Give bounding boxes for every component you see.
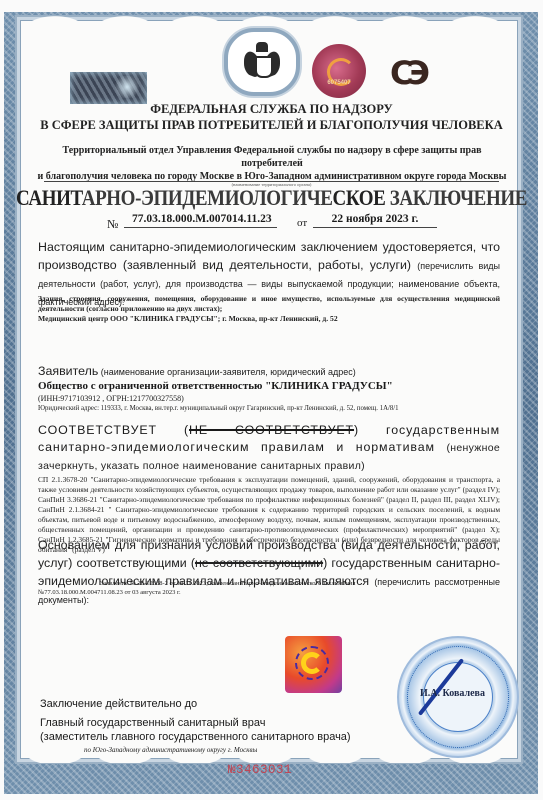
- certified-object: Здания, строения, сооружения, помещения,…: [38, 294, 500, 324]
- basis-struck: не соответствующими: [195, 556, 323, 570]
- hologram-c-icon: [285, 636, 342, 693]
- number-label: №: [107, 217, 118, 232]
- hologram-number: 6075407: [312, 80, 366, 86]
- form-serial-number: №3463031: [228, 763, 292, 777]
- applicant-organization: Общество с ограниченной ответственностью…: [38, 380, 500, 393]
- hologram-security-strip-icon: [70, 72, 147, 104]
- territorial-body: Территориальный отдел Управления Федерал…: [32, 144, 512, 183]
- basis-documents-2: №77.03.18.000.М.004711.08.23 от 03 авгус…: [38, 588, 500, 598]
- title-part: СКОЕ: [333, 186, 386, 210]
- deputy-chief-title: (заместитель главного государственного с…: [40, 731, 351, 743]
- compliance-status: СООТВЕТСТВУЕТ (: [38, 423, 189, 437]
- applicant-ids: (ИНН:9717103912 , ОГРН:1217700327558): [38, 393, 500, 404]
- certificate-page: 6075407 СЭ ФЕДЕРАЛЬНАЯ СЛУЖБА ПО НАДЗОРУ…: [0, 0, 543, 800]
- basis-document-line: №77.03.18.000.М.004711.08.23 от 03 авгус…: [38, 588, 500, 598]
- document-number-row: № 77.03.18.000.М.007014.11.23 от 22 нояб…: [107, 213, 437, 231]
- signer-name: И.А. Ковалева: [420, 688, 485, 699]
- territorial-body-line1: Территориальный отдел Управления Федерал…: [32, 144, 512, 170]
- agency-title-line2: В СФЕРЕ ЗАЩИТЫ ПРАВ ПОТРЕБИТЕЛЕЙ И БЛАГО…: [0, 118, 543, 133]
- agency-title-line1: ФЕДЕРАЛЬНАЯ СЛУЖБА ПО НАДЗОРУ: [0, 102, 543, 117]
- rospotrebnadzor-emblem: [224, 28, 300, 96]
- applicant-label: Заявитель: [38, 364, 98, 378]
- object-description: Здания, строения, сооружения, помещения,…: [38, 294, 500, 314]
- date-label: от: [297, 217, 307, 229]
- district: по Юго-Западному административному округ…: [84, 746, 257, 754]
- border-wave-top: [20, 14, 516, 26]
- coat-of-arms-icon: [244, 42, 280, 82]
- applicant-hint: (наименование организации-заявителя, юри…: [98, 367, 355, 377]
- applicant-legal-address: Юридический адрес: 119333, г. Москва, вн…: [38, 404, 500, 414]
- se-logo-icon: СЭ: [390, 57, 423, 89]
- title-part: ЗАКЛЮЧЕНИЕ: [385, 186, 527, 210]
- chief-doctor-title: Главный государственный санитарный врач: [40, 717, 265, 729]
- object-address: Медицинский центр ООО "КЛИНИКА ГРАДУСЫ";…: [38, 314, 500, 324]
- applicant-section: Заявитель (наименование организации-заяв…: [38, 362, 500, 414]
- title-part: АРНО-ЭПИДЕМИОЛОГИЧЕ: [82, 186, 333, 210]
- round-hologram-icon: 6075407: [312, 44, 366, 98]
- document-date: 22 ноября 2023 г.: [313, 213, 437, 228]
- document-number: 77.03.18.000.М.007014.11.23: [124, 213, 277, 228]
- valid-until-label: Заключение действительно до: [40, 698, 197, 710]
- title-part: САНИТ: [16, 186, 82, 210]
- document-title: САНИТАРНО-ЭПИДЕМИОЛОГИЧЕСКОЕ ЗАКЛЮЧЕНИЕ: [0, 186, 543, 211]
- struck-status: НЕ СООТВЕТСТВУЕТ: [189, 423, 354, 437]
